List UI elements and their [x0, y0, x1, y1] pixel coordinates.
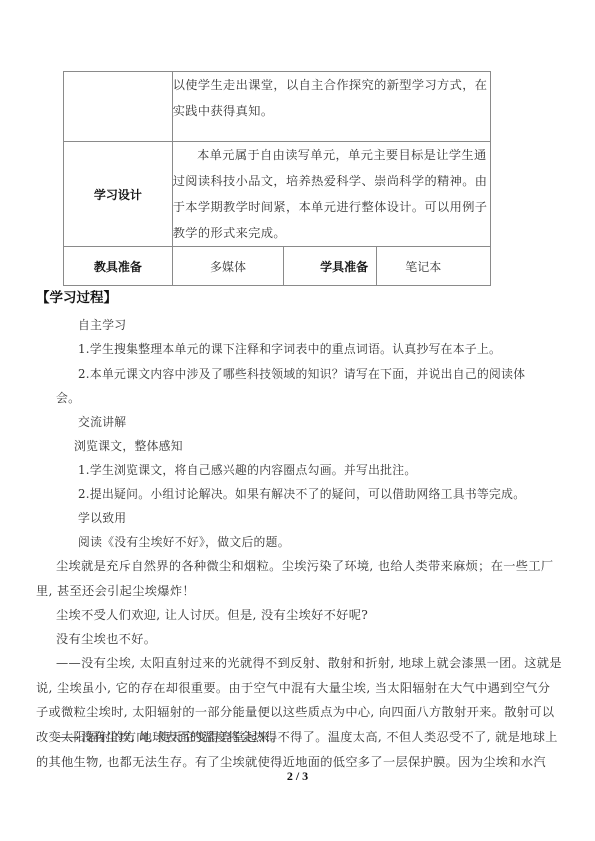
article-paragraph-5: ——没有尘埃, 地球表面的温度将会热得不得了。温度太高, 不但人类忍受不了, 就… [36, 725, 562, 774]
subheading-browse: 浏览课文，整体感知 [74, 437, 183, 454]
teacher-tools-label: 教具准备 [64, 247, 173, 286]
heading-self-study: 自主学习 [78, 316, 126, 333]
task-line-2: 2.本单元课文内容中涉及了哪些科技领域的知识？请写在下面，并说出自己的阅读体 [78, 365, 525, 382]
article-paragraph-3: 没有尘埃也不好。 [36, 627, 562, 652]
lesson-info-table: 以使学生走出课堂，以自主合作探究的新型学习方式，在实践中获得真知。 学习设计 本… [63, 71, 491, 286]
section-title-learning-process: 【学习过程】 [36, 286, 117, 306]
row-label-empty [64, 72, 173, 142]
task-line-2-wrap: 会。 [56, 389, 80, 406]
learning-design-text: 本单元属于自由读写单元，单元主要目标是让学生通过阅读科技小品文，培养热爱科学、崇… [172, 142, 490, 247]
student-tools-label: 学具准备 [284, 247, 377, 286]
browse-task-2: 2.提出疑问。小组讨论解决。如果有解决不了的疑问，可以借助网络工具书等完成。 [78, 485, 525, 502]
table-row-goal-continuation: 以使学生走出课堂，以自主合作探究的新型学习方式，在实践中获得真知。 [64, 72, 491, 142]
heading-apply: 学以致用 [78, 509, 126, 526]
task-line-1: 1.学生搜集整理本单元的课下注释和字词表中的重点词语。认真抄写在本子上。 [78, 340, 501, 357]
reading-instruction: 阅读《没有尘埃好不好》，做文后的题。 [78, 533, 290, 550]
table-row-learning-design: 学习设计 本单元属于自由读写单元，单元主要目标是让学生通过阅读科技小品文，培养热… [64, 142, 491, 247]
article-paragraph-1: 尘埃就是充斥自然界的各种微尘和烟粒。尘埃污染了环境, 也给人类带来麻烦；在一些工… [36, 554, 562, 603]
article-paragraph-2: 尘埃不受人们欢迎, 让人讨厌。但是, 没有尘埃好不好呢? [36, 603, 562, 628]
learning-design-label: 学习设计 [64, 142, 173, 247]
goal-text-cell: 以使学生走出课堂，以自主合作探究的新型学习方式，在实践中获得真知。 [172, 72, 490, 142]
page-number: 2 / 3 [0, 769, 595, 784]
heading-discussion: 交流讲解 [78, 413, 126, 430]
student-tools-value: 笔记本 [377, 247, 491, 286]
teacher-tools-value: 多媒体 [172, 247, 284, 286]
browse-task-1: 1.学生浏览课文，将自己感兴趣的内容圈点勾画。并写出批注。 [78, 461, 416, 478]
table-row-preparation: 教具准备 多媒体 学具准备 笔记本 [64, 247, 491, 286]
document-page: 以使学生走出课堂，以自主合作探究的新型学习方式，在实践中获得真知。 学习设计 本… [0, 0, 595, 841]
